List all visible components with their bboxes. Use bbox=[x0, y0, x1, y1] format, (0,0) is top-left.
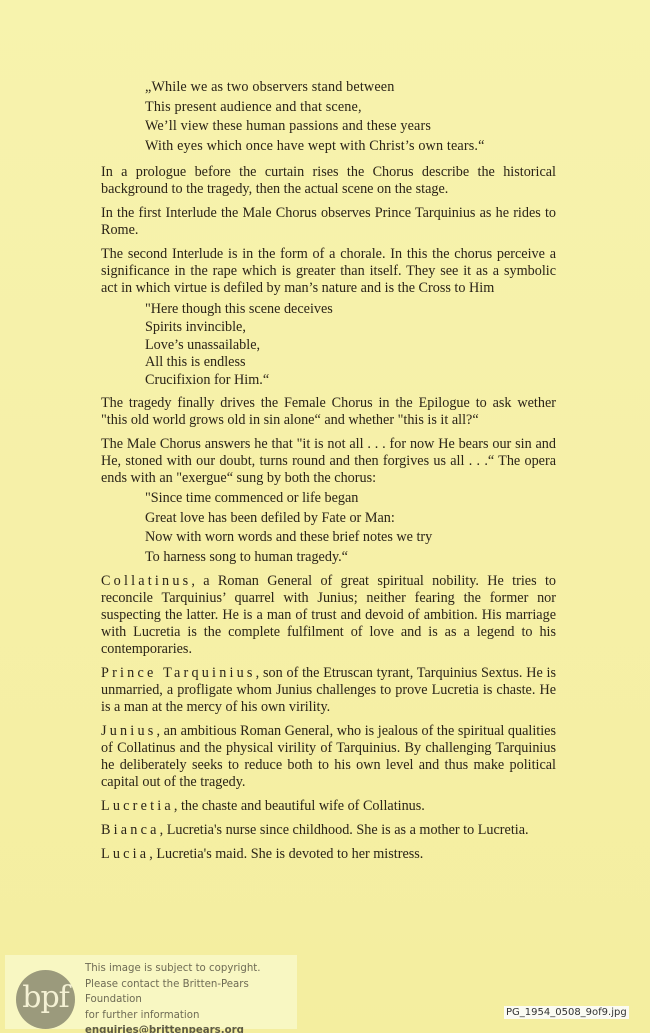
character-lucia: Lucia, Lucretia's maid. She is devoted t… bbox=[101, 846, 556, 863]
copyright-text: This image is subject to copyright. Plea… bbox=[85, 961, 297, 1033]
bpf-logo-icon: bpf bbox=[16, 970, 75, 1029]
verse-prologue: „While we as two observers stand between… bbox=[101, 78, 556, 156]
copyright-notice: bpf This image is subject to copyright. … bbox=[5, 955, 297, 1029]
email-link[interactable]: enquiries@brittenpears.org bbox=[85, 1023, 297, 1033]
verse-line: Love’s unassailable, bbox=[145, 337, 556, 355]
character-description: , Lucretia's nurse since childhood. She … bbox=[160, 822, 529, 838]
document-body: „While we as two observers stand between… bbox=[101, 78, 556, 870]
filename-label: PG_1954_0508_9of9.jpg bbox=[504, 1006, 629, 1019]
document-page: „While we as two observers stand between… bbox=[0, 0, 650, 1033]
paragraph-prologue: In a prologue before the curtain rises t… bbox=[101, 164, 556, 198]
character-name: Collatinus bbox=[101, 573, 191, 589]
character-collatinus: Collatinus, a Roman General of great spi… bbox=[101, 573, 556, 658]
verse-line: To harness song to human tragedy.“ bbox=[145, 548, 556, 568]
verse-exergue: "Since time commenced or life began Grea… bbox=[101, 489, 556, 567]
verse-line: This present audience and that scene, bbox=[145, 98, 556, 118]
character-description: , the chaste and beautiful wife of Colla… bbox=[174, 798, 425, 814]
character-name: Bianca bbox=[101, 822, 160, 838]
character-description: , an ambitious Roman General, who is jea… bbox=[101, 723, 556, 790]
verse-line: Crucifixion for Him.“ bbox=[145, 372, 556, 390]
verse-line: „While we as two observers stand between bbox=[145, 78, 556, 98]
verse-line: Spirits invincible, bbox=[145, 319, 556, 337]
copyright-line: for further information bbox=[85, 1008, 297, 1024]
character-name: Lucretia bbox=[101, 798, 174, 814]
character-name: Prince Tarquinius bbox=[101, 665, 256, 681]
verse-line: "Since time commenced or life began bbox=[145, 489, 556, 509]
character-name: Lucia bbox=[101, 846, 149, 862]
character-tarquinius: Prince Tarquinius, son of the Etruscan t… bbox=[101, 665, 556, 716]
verse-line: With eyes which once have wept with Chri… bbox=[145, 137, 556, 157]
character-description: , Lucretia's maid. She is devoted to her… bbox=[149, 846, 423, 862]
verse-line: Now with worn words and these brief note… bbox=[145, 528, 556, 548]
paragraph-male-chorus-answer: The Male Chorus answers he that "it is n… bbox=[101, 436, 556, 487]
verse-line: All this is endless bbox=[145, 354, 556, 372]
character-lucretia: Lucretia, the chaste and beautiful wife … bbox=[101, 798, 556, 815]
character-name: Junius bbox=[101, 723, 156, 739]
copyright-line: This image is subject to copyright. bbox=[85, 961, 297, 977]
character-junius: Junius, an ambitious Roman General, who … bbox=[101, 723, 556, 791]
verse-line: We’ll view these human passions and thes… bbox=[145, 117, 556, 137]
copyright-line: Please contact the Britten-Pears Foundat… bbox=[85, 977, 297, 1008]
paragraph-epilogue: The tragedy finally drives the Female Ch… bbox=[101, 395, 556, 429]
character-bianca: Bianca, Lucretia's nurse since childhood… bbox=[101, 822, 556, 839]
paragraph-second-interlude: The second Interlude is in the form of a… bbox=[101, 246, 556, 297]
paragraph-first-interlude: In the first Interlude the Male Chorus o… bbox=[101, 205, 556, 239]
verse-chorale: "Here though this scene deceives Spirits… bbox=[101, 301, 556, 389]
verse-line: Great love has been defiled by Fate or M… bbox=[145, 509, 556, 529]
verse-line: "Here though this scene deceives bbox=[145, 301, 556, 319]
